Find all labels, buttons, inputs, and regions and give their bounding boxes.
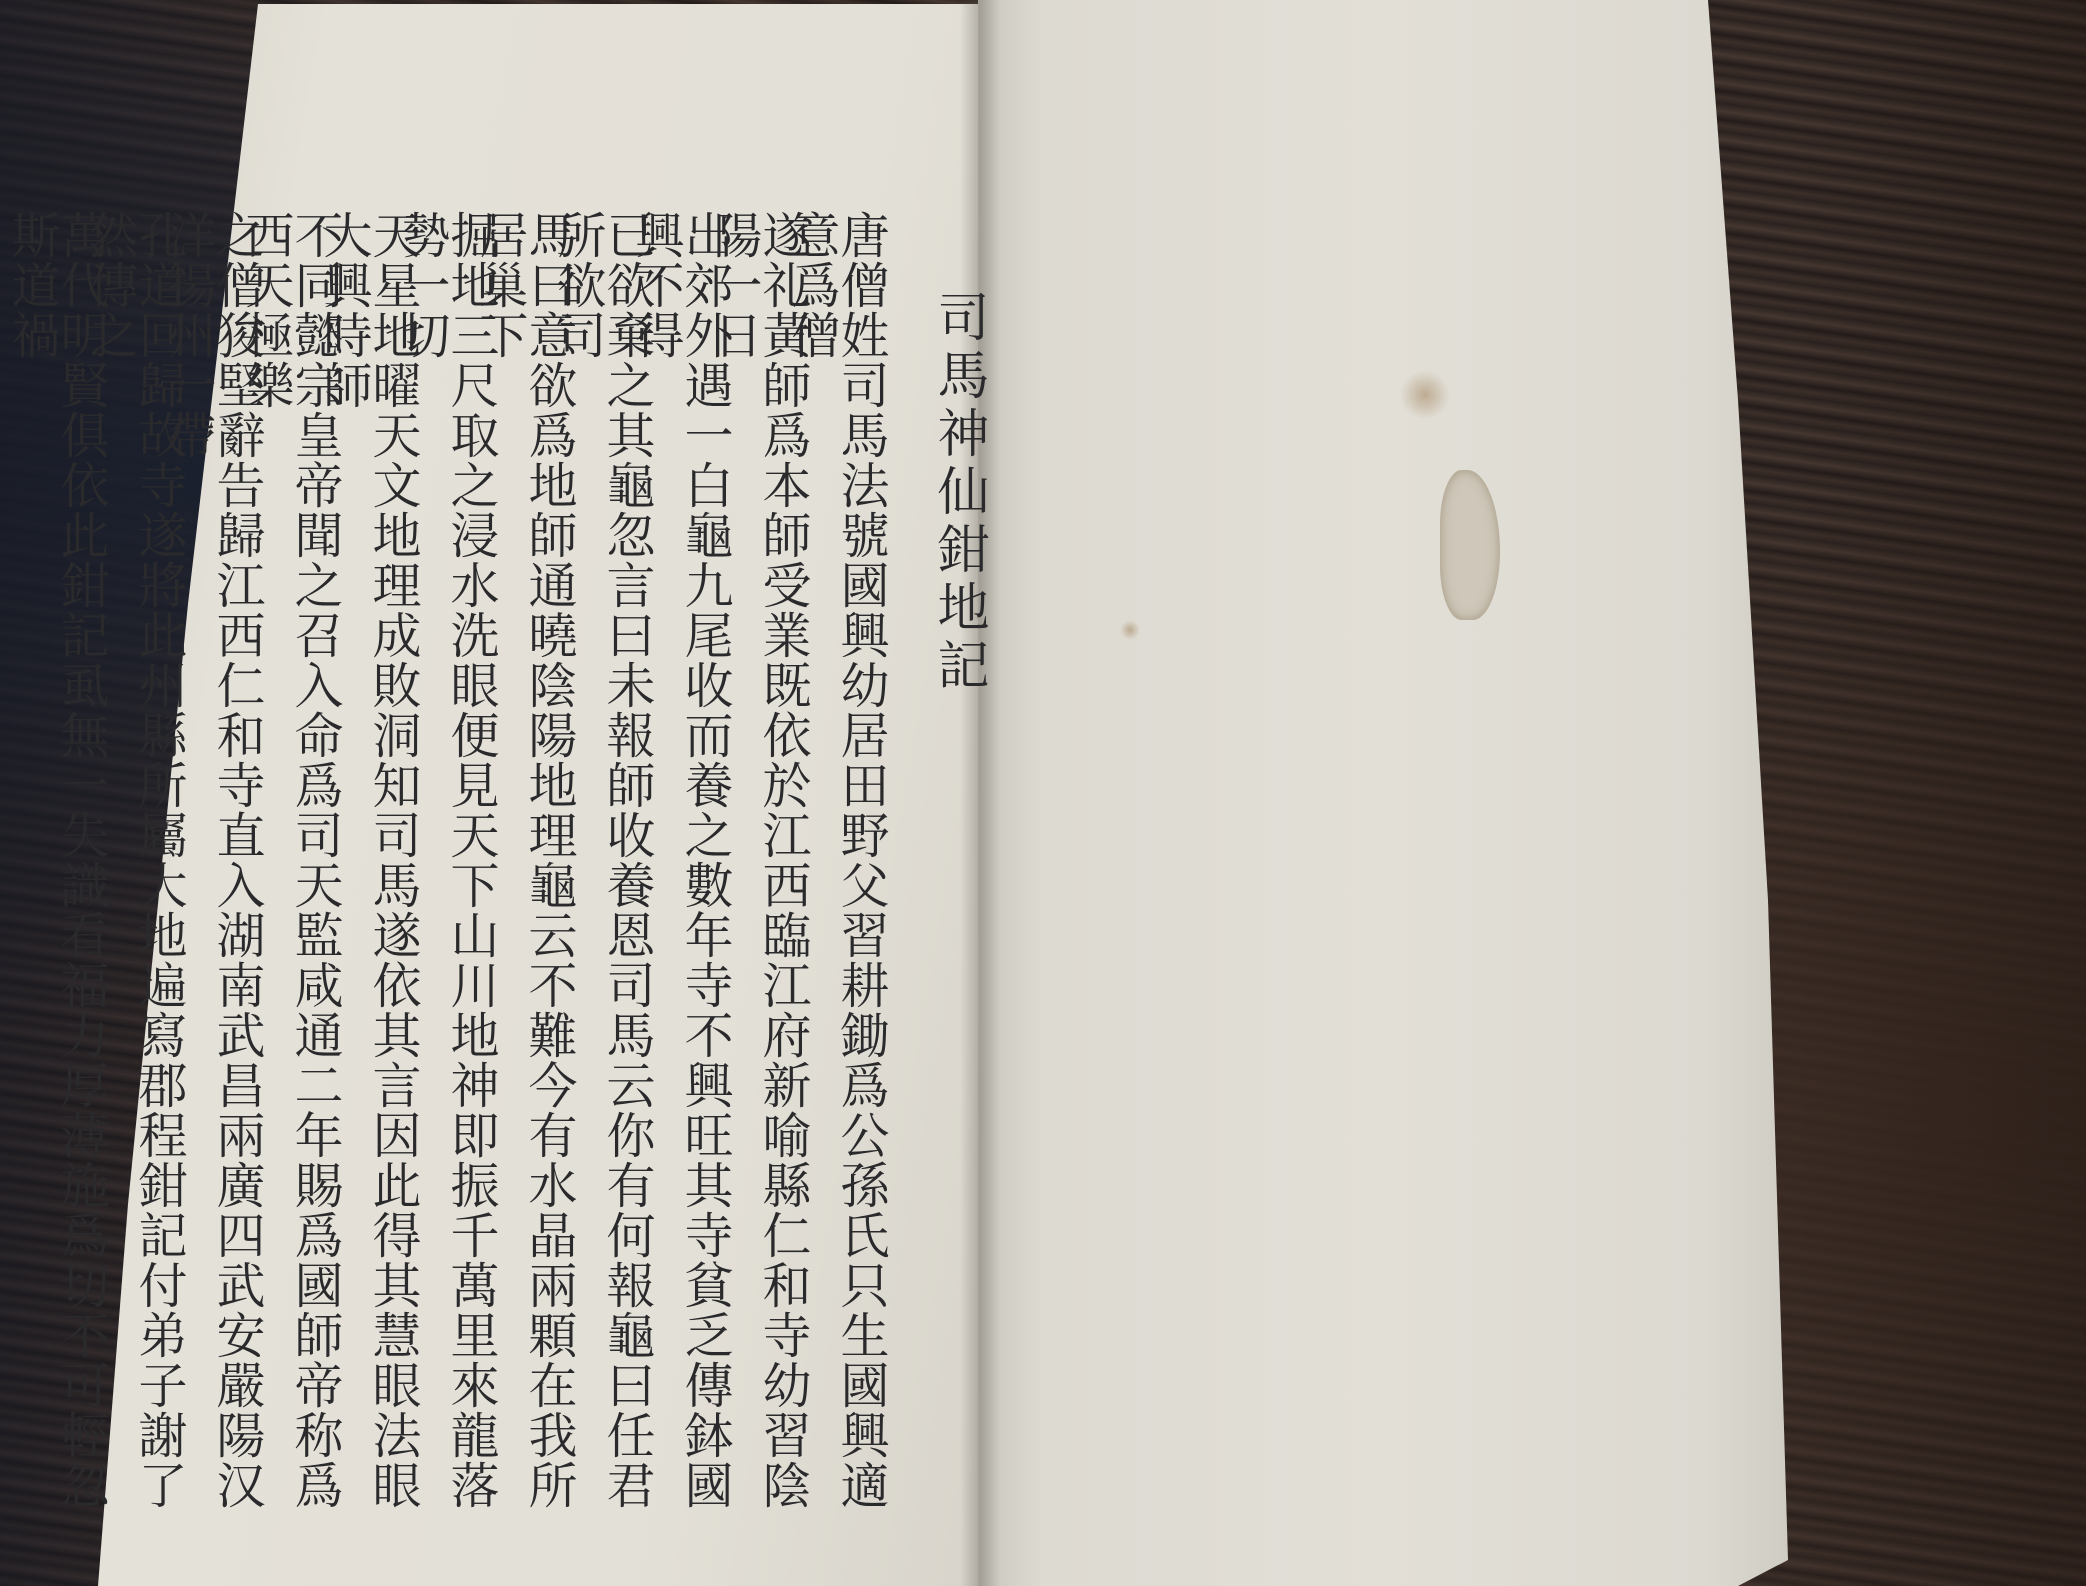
- text-column-7: 天星地曜天文地理成敗洞知司馬遂依其言因此得其慧眼法眼大興時師: [340, 210, 418, 1510]
- text-column-6: 掘地三尺取之浸水洗眼便見天下山川地神即振千萬里來龍落勢一切: [418, 210, 496, 1510]
- stain-mark: [1400, 370, 1450, 420]
- right-page-blank: [978, 0, 1788, 1586]
- text-column-3: 出郊外遇一白龜九尾收而養之數年寺不興旺其寺貧乏傳鉢國興不得: [652, 210, 730, 1510]
- text-column-11: 萬代明賢俱依此鉗記虱無一失識看福力厚薄施爲切不可輕忽斯道禍: [28, 210, 106, 1510]
- text-column-5: 馬曰意欲爲地師通曉陰陽地理龜云不難今有水晶兩顆在我所居巢下: [496, 210, 574, 1510]
- text-column-4: 已欲棄之其龜忽言曰未報師收養恩司馬云你有何報龜曰任君所欲司: [574, 210, 652, 1510]
- stain-mark: [1120, 620, 1140, 640]
- text-column-1: 唐僧姓司馬法號國興幼居田野父習耕鋤爲公孫氏只生國興適意爲僧: [808, 210, 886, 1510]
- text-column-2: 遂礼黃師爲本師受業既依於江西臨江府新喻縣仁和寺幼習陰陽一日: [730, 210, 808, 1510]
- document-title: 司馬神仙鉗地記: [886, 210, 996, 1510]
- vertical-text-block: 司馬神仙鉗地記 唐僧姓司馬法號國興幼居田野父習耕鋤爲公孫氏只生國興適意爲僧 遂礼…: [28, 210, 996, 1510]
